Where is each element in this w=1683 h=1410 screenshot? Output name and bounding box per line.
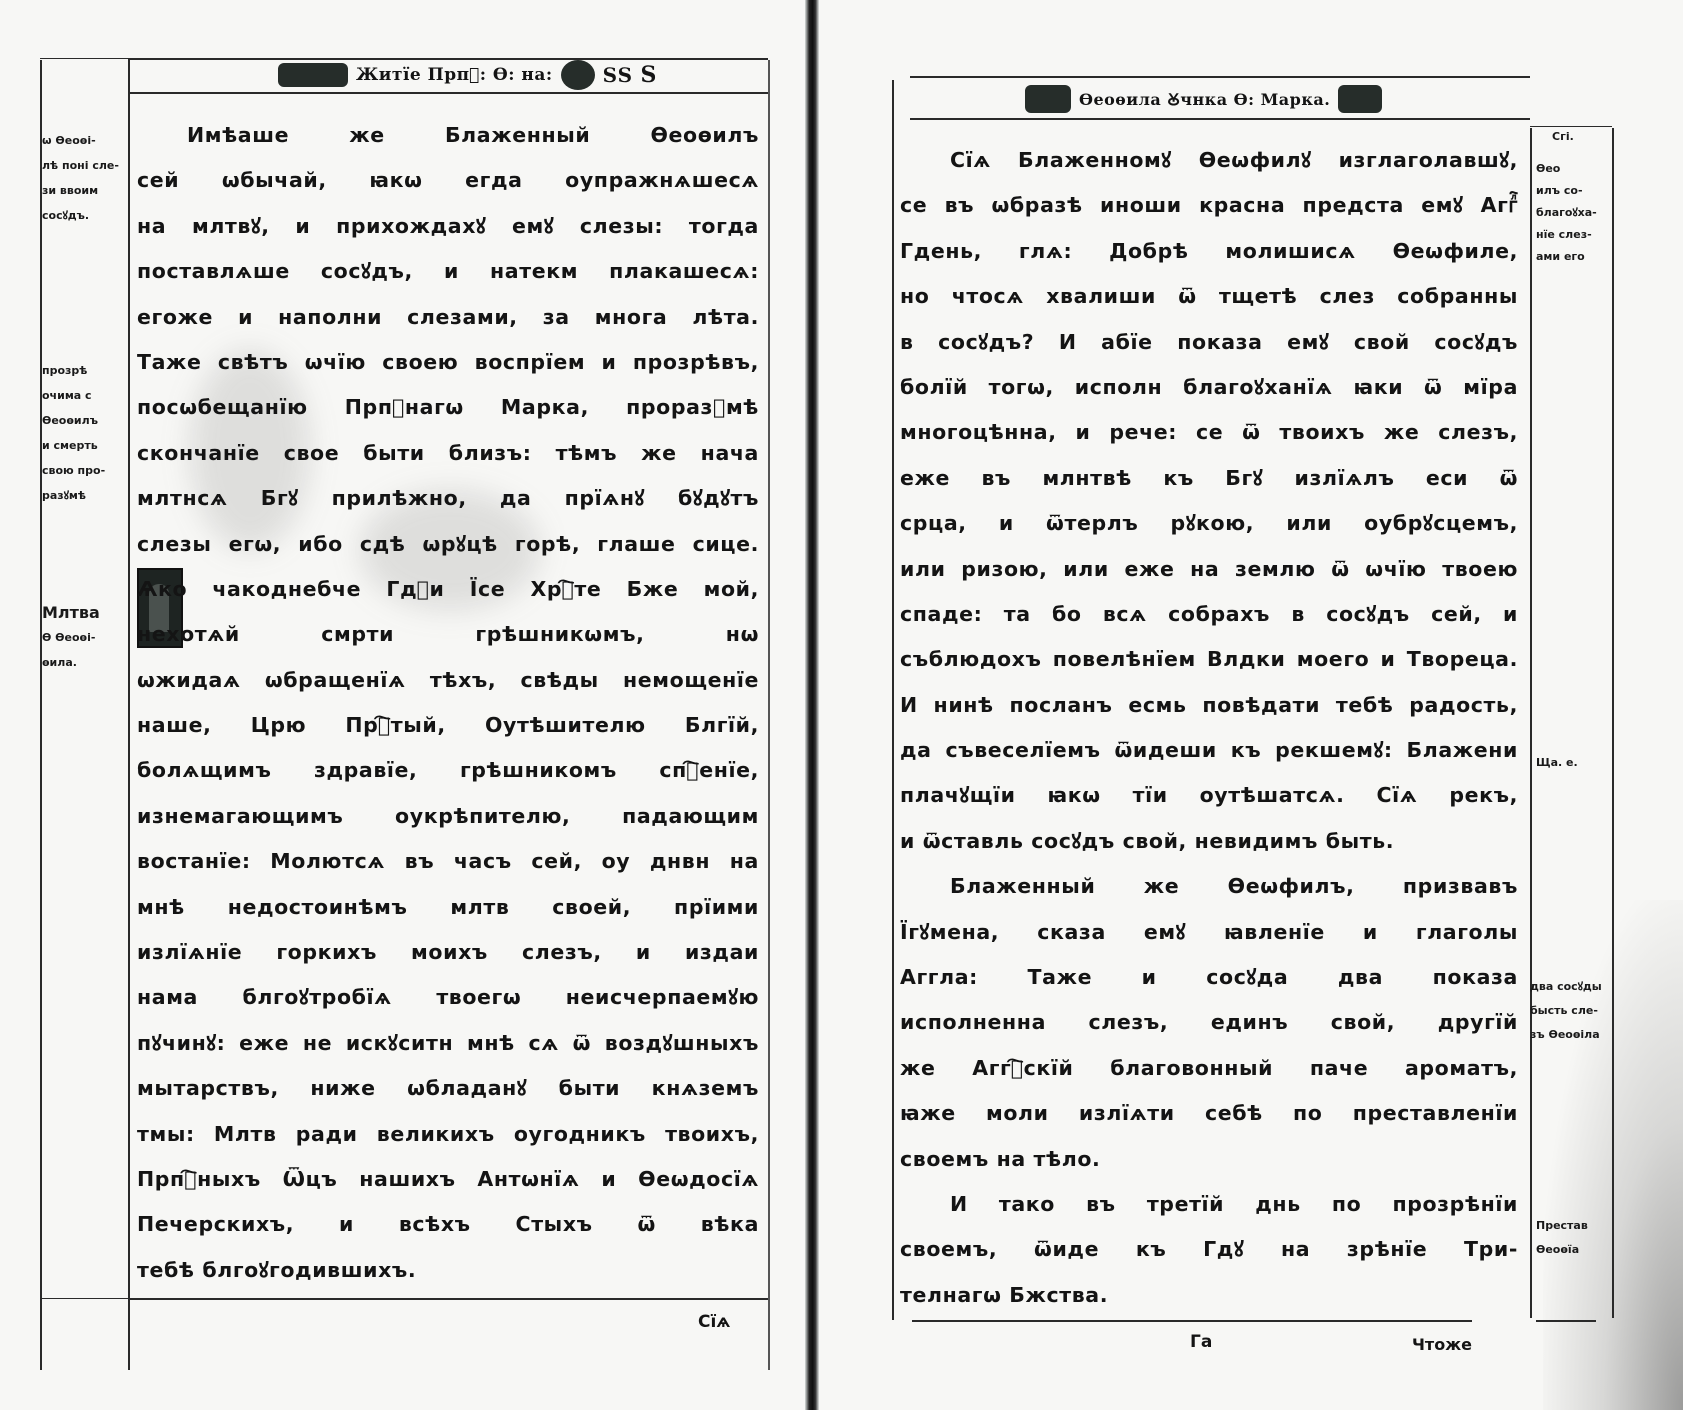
text-line: тмы: Млтв ради великихъ оугодникъ твоихъ…: [137, 1112, 759, 1157]
margin-note-line: бысть сле-: [1530, 999, 1602, 1023]
left-page-inner-rule: [768, 60, 770, 1370]
text-line: своемъ, ѿиде къ Гдꙋ на зрѣнїе Три-: [900, 1227, 1518, 1272]
text-line: или ризою, или еже на землю ѿ ѡчїю твоею: [900, 547, 1518, 592]
margin-note-line: благоꙋха-: [1536, 202, 1597, 224]
margin-note-line: прозрѣ: [42, 358, 105, 383]
text-line: млтнсѧ Бгꙋ прилѣжно, да прїѧнꙋ бꙋдꙋтъ: [137, 476, 759, 521]
text-line: пꙋчинꙋ: еже не искꙋситн мнѣ сѧ ѿ воздꙋшн…: [137, 1021, 759, 1066]
right-running-head: Ѳеоѳила Ꙋчнка Ѳ: Марка.: [1025, 84, 1382, 114]
margin-note-line: Ѳео: [1536, 158, 1597, 180]
margin-note-line: два сосꙋды: [1530, 975, 1602, 999]
right-page-body: Сїѧ Блаженномꙋ Ѳеѡфилꙋ изглаголавшꙋ,се в…: [900, 138, 1518, 1318]
margin-note-line: ѳила.: [42, 650, 100, 675]
text-line: излїѧнїе горкихъ моихъ слезъ, и издаи: [137, 930, 759, 975]
text-line: ꙗже моли излїѧти себѣ по преставленїи: [900, 1091, 1518, 1136]
margin-note-line: Ща. е.: [1536, 750, 1578, 775]
right-margin-note-3: Ща. е.: [1536, 750, 1578, 775]
left-margin-rule: [128, 60, 130, 1370]
text-line: телнагѡ Бжства.: [900, 1273, 1518, 1318]
text-line: многоцѣнна, и рече: се ѿ твоихъ же слезъ…: [900, 410, 1518, 455]
right-margin-note-5: ПреставѲеоѳїа: [1536, 1214, 1588, 1262]
text-line: И тако въ третїй днь по прозрѣнїи: [900, 1182, 1518, 1227]
ink-blot: [278, 63, 348, 87]
margin-note-line: Престав: [1536, 1214, 1588, 1238]
text-line: нехотѧй смрти грѣшникѡмъ, нѡ: [137, 612, 759, 657]
margin-note-line: зъ Ѳеоѳіла: [1530, 1023, 1602, 1047]
ink-blot: [1338, 85, 1382, 113]
text-line: своемъ на тѣло.: [900, 1137, 1518, 1182]
text-line: же Аггⷧ҇скїй благовонный паче ароматъ,: [900, 1046, 1518, 1091]
text-line: посѡбещанїю Прпⷣнагѡ Марка, проразꙋмѣ: [137, 385, 759, 430]
text-line: да съвеселїемъ ѿидеши къ рекшемꙋ: Блажен…: [900, 728, 1518, 773]
margin-note-line: Млтва: [42, 600, 100, 625]
text-line: се въ ѡбразѣ иноши красна предста емꙋ Аг…: [900, 183, 1518, 228]
left-margin-note-3: МлтваѲ Ѳеоѳі-ѳила.: [42, 600, 100, 675]
text-line: востанїе: Молютсѧ въ часъ сей, оу днвн н…: [137, 839, 759, 884]
text-line: еже въ млнтвѣ къ Бгꙋ излїѧлъ еси ѿ: [900, 456, 1518, 501]
margin-note-line: Ѳ Ѳеоѳі-: [42, 625, 100, 650]
text-line: скончанїе свое быти близъ: тѣмъ же нача: [137, 431, 759, 476]
text-line: ѡжидаѧ ѡбращенїѧ тѣхъ, свѣды немощенїе: [137, 658, 759, 703]
right-catchword: Чтоже: [1412, 1335, 1472, 1354]
text-line: сей ѡбычай, ꙗкѡ егда оупражнѧшесѧ: [137, 158, 759, 203]
margin-note-line: свою про-: [42, 458, 105, 483]
signature-mark: Га: [1190, 1332, 1212, 1352]
left-foot-rule: [128, 1298, 768, 1300]
margin-note-line: лѣ поні сле-: [42, 153, 119, 178]
text-line: Блаженный же Ѳеѡфилъ, призвавъ: [900, 864, 1518, 909]
text-line: но чтосѧ хвалиши ѿ тщетѣ слез собранны: [900, 274, 1518, 319]
text-line: егоже и наполни слезами, за многа лѣта.: [137, 295, 759, 340]
right-head-rule-top: [910, 76, 1530, 78]
margin-note-line: Сгі.: [1552, 124, 1574, 149]
left-page-body: Имѣаше же Блаженный Ѳеоѳилъсей ѡбычай, ꙗ…: [137, 113, 759, 1293]
text-line: Таже свѣтъ ѡчїю своею воспрїем и прозрѣв…: [137, 340, 759, 385]
text-line: в сосꙋдъ? И абїе показа емꙋ свой сосꙋдъ: [900, 320, 1518, 365]
left-margin-note-2: прозрѣочима сѲеоѳилъи смертьсвою про-раз…: [42, 358, 105, 508]
left-margin-note-1: ѡ Ѳеоѳі-лѣ поні сле-зи ввоимсосꙋдъ.: [42, 128, 119, 228]
margin-note-line: зи ввоим: [42, 178, 119, 203]
text-line: мытарствъ, ниже ѡбладанꙋ быти кнѧземъ: [137, 1066, 759, 1111]
text-line: спаде: та бо всѧ собрахъ в сосꙋдъ сей, и: [900, 592, 1518, 637]
left-page-outer-rule: [40, 60, 42, 1370]
text-line: тебѣ блгоꙋгодившихъ.: [137, 1248, 759, 1293]
book-gutter: [805, 0, 819, 1410]
right-foot-rule: [912, 1320, 1472, 1322]
right-page-inner-rule: [892, 80, 894, 1320]
text-line: съблюдохъ повелѣнїем Влдки моего и Творе…: [900, 637, 1518, 682]
margin-note-line: и смерть: [42, 433, 105, 458]
text-line: наше, Црю Прⷭ҇тый, Оутѣшителю Блгїй,: [137, 703, 759, 748]
text-line: плачꙋщїи ꙗкѡ тїи оутѣшатсѧ. Сїѧ рекъ,: [900, 773, 1518, 818]
left-head-glyph: ЅЅ: [603, 63, 633, 87]
text-line: исполненна слезъ, единъ свой, другїй: [900, 1000, 1518, 1045]
left-page-number: Ѕ: [641, 62, 657, 88]
ink-blot: [1025, 85, 1071, 113]
margin-note-line: Ѳеоѳилъ: [42, 408, 105, 433]
text-line: Сїѧ Блаженномꙋ Ѳеѡфилꙋ изглаголавшꙋ,: [900, 138, 1518, 183]
margin-note-line: разꙋмѣ: [42, 483, 105, 508]
left-head-rule-bottom: [128, 92, 768, 94]
text-line: Гдень, глѧ: Добрѣ молишисѧ Ѳеѡфиле,: [900, 229, 1518, 274]
text-line: мнѣ недостоинѣмъ млтв своей, прїими: [137, 885, 759, 930]
left-running-head-text: Житїе Прпⷣ: Ѳ: на:: [356, 65, 553, 85]
left-running-head: Житїе Прпⷣ: Ѳ: на: ЅЅ Ѕ: [278, 60, 657, 90]
text-line: Їгꙋмена, сказа емꙋ ꙗвленїе и глаголы: [900, 910, 1518, 955]
ink-blot: [561, 60, 595, 90]
right-margin-note-2: Ѳеоилъ со-благоꙋха-нїе слез-ами его: [1536, 158, 1597, 268]
text-line: Имѣаше же Блаженный Ѳеоѳилъ: [137, 113, 759, 158]
text-line: Ѧко чакоднебче Гдⷭи Їсе Хрⷭ҇те Бже мой,: [137, 567, 759, 612]
right-running-head-text: Ѳеоѳила Ꙋчнка Ѳ: Марка.: [1079, 88, 1330, 110]
margin-note-line: илъ со-: [1536, 180, 1597, 202]
text-line: болѧщимъ здравїе, грѣшникомъ спⷭ҇енїе,: [137, 748, 759, 793]
margin-note-line: нїе слез-: [1536, 224, 1597, 246]
text-line: на млтвꙋ, и прихождахꙋ емꙋ слезы: тогда: [137, 204, 759, 249]
text-line: болїй тогѡ, исполн благоꙋханїѧ ꙗки ѿ мїр…: [900, 365, 1518, 410]
text-line: нама блгоꙋтробїѧ твоегѡ неисчерпаемꙋю: [137, 975, 759, 1020]
text-line: срца, и ѿтерлъ рꙋкою, или оубрꙋсцемъ,: [900, 501, 1518, 546]
left-margin-foot-rule: [40, 1298, 128, 1299]
left-catchword: Сїѧ: [698, 1312, 730, 1332]
margin-note-line: очима с: [42, 383, 105, 408]
margin-note-line: ѡ Ѳеоѳі-: [42, 128, 119, 153]
right-margin-note-1: Сгі.: [1552, 124, 1574, 149]
left-margin-head-rule: [40, 58, 128, 59]
text-line: изнемагающимъ оукрѣпителю, падающим: [137, 794, 759, 839]
right-head-rule-bottom: [910, 118, 1530, 120]
right-page-outer-rule: [1612, 128, 1614, 1318]
text-line: Прпⷣ҇ныхъ Ѿцъ нашихъ Антѡнїѧ и Ѳеѡдосїѧ: [137, 1157, 759, 1202]
margin-note-line: Ѳеоѳїа: [1536, 1238, 1588, 1262]
text-line: поставлѧше сосꙋдъ, и натекм плакашесѧ:: [137, 249, 759, 294]
text-line: Печерскихъ, и всѣхъ Стыхъ ѿ вѣка: [137, 1202, 759, 1247]
text-line: И нинѣ посланъ есмь повѣдати тебѣ радост…: [900, 683, 1518, 728]
right-margin-rule: [1530, 128, 1532, 1318]
text-line: слезы егѡ, ибо сдѣ ѡрꙋцѣ горѣ, глаше сиц…: [137, 522, 759, 567]
right-margin-foot-rule: [1536, 1320, 1596, 1322]
margin-note-line: ами его: [1536, 246, 1597, 268]
right-margin-note-4: два сосꙋдыбысть сле-зъ Ѳеоѳіла: [1530, 975, 1602, 1047]
text-line: и ѿставль сосꙋдъ свой, невидимъ быть.: [900, 819, 1518, 864]
text-line: Аггла: Таже и сосꙋда два показа: [900, 955, 1518, 1000]
margin-note-line: сосꙋдъ.: [42, 203, 119, 228]
